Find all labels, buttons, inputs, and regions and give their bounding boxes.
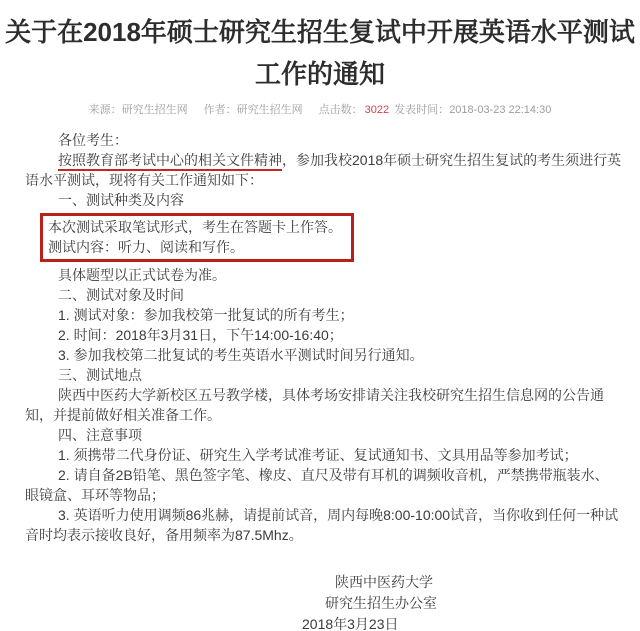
signature-org: 陕西中医药大学 [335, 572, 640, 593]
meta-source: 来源：研究生招生网 [89, 101, 188, 117]
signature-date: 2018年3月23日 [302, 614, 640, 631]
section4-item: 1. 须携带二代身份证、研究生入学考试准考证、复试通知书、文具用品等参加考试； [25, 445, 622, 465]
salutation: 各位考生： [25, 130, 622, 150]
page-title-line2: 工作的通知 [255, 59, 385, 89]
page-title: 关于在2018年硕士研究生招生复试中开展英语水平测试工作的通知 [0, 0, 640, 95]
boxed-line: 本次测试采取笔试形式，考生在答题卡上作答。 [48, 217, 342, 237]
notice-body: 各位考生： 按照教育部考试中心的相关文件精神，参加我校2018年硕士研究生招生复… [0, 130, 640, 545]
section2-item: 2. 时间：2018年3月31日，下午14:00-16:40； [25, 325, 622, 345]
signature-block: 陕西中医药大学 研究生招生办公室 2018年3月23日 [0, 572, 640, 631]
meta-author: 作者：研究生招生网 [204, 101, 303, 117]
signature-office: 研究生招生办公室 [325, 593, 640, 614]
section4-heading: 四、注意事项 [25, 425, 622, 445]
intro-paragraph: 按照教育部考试中心的相关文件精神，参加我校2018年硕士研究生招生复试的考生须进… [25, 150, 622, 190]
article-meta: 来源：研究生招生网 作者：研究生招生网 点击数：3022 发表时间：2018-0… [0, 101, 640, 117]
red-highlight-box: 本次测试采取笔试形式，考生在答题卡上作答。 测试内容：听力、阅读和写作。 [40, 213, 354, 262]
section2-item: 1. 测试对象：参加我校第一批复试的所有考生； [25, 305, 622, 325]
boxed-line: 测试内容：听力、阅读和写作。 [48, 237, 342, 257]
section1-note: 具体题型以正式试卷为准。 [25, 265, 622, 285]
section4-item: 3. 英语听力使用调频86兆赫，请提前试音，周内每晚8:00-10:00试音，当… [25, 505, 622, 545]
notice-page: 关于在2018年硕士研究生招生复试中开展英语水平测试工作的通知 来源：研究生招生… [0, 0, 640, 631]
meta-publish-time: 2018-03-23 22:14:30 [449, 104, 551, 116]
section2-heading: 二、测试对象及时间 [25, 285, 622, 305]
meta-publish-label: 发表时间： [394, 104, 449, 116]
section2-item: 3. 参加我校第二批复试的考生英语水平测试时间另行通知。 [25, 345, 622, 365]
meta-hits-value: 3022 [365, 104, 389, 116]
meta-hits-and-time: 点击数：3022 发表时间：2018-03-23 22:14:30 [319, 101, 552, 117]
section3-text: 陕西中医药大学新校区五号教学楼，具体考场安排请关注我校研究生招生信息网的公告通知… [25, 385, 622, 425]
page-title-line1: 关于在2018年硕士研究生招生复试中开展英语水平测试 [5, 17, 635, 47]
red-underlined-phrase: 按照教育部考试中心的相关文件精神 [58, 152, 282, 171]
meta-hits-label: 点击数： [319, 104, 363, 116]
section4-item: 2. 请自备2B铅笔、黑色签字笔、橡皮、直尺及带有耳机的调频收音机，严禁携带瓶装… [25, 465, 622, 505]
section3-heading: 三、测试地点 [25, 365, 622, 385]
section1-heading: 一、测试种类及内容 [25, 190, 622, 210]
